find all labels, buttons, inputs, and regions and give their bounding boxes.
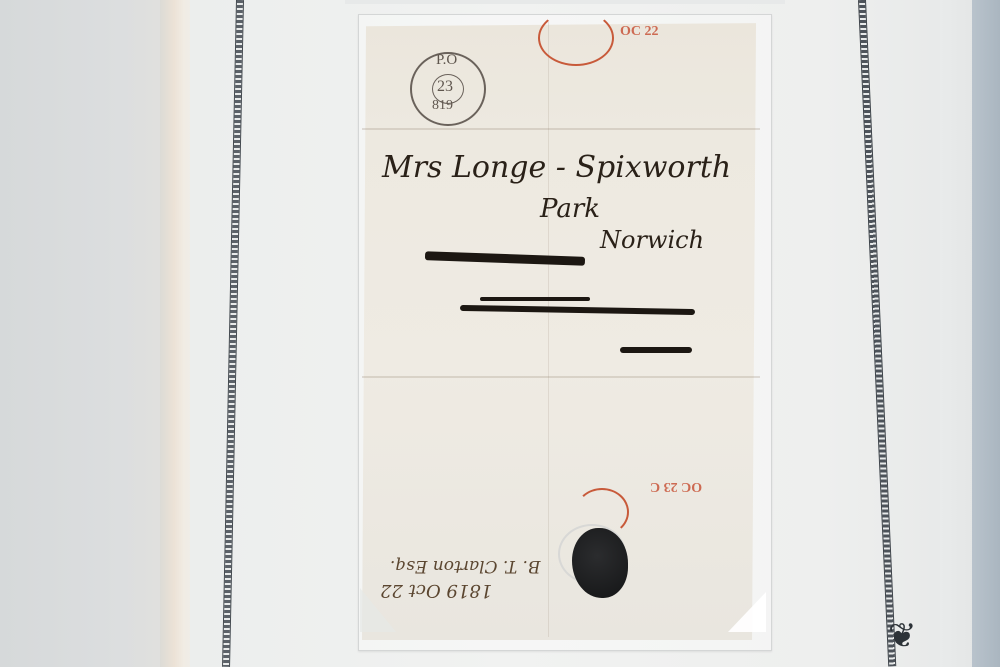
- left-album-page: [0, 0, 175, 667]
- corner-flourish-icon: ❦: [888, 620, 914, 667]
- background-surface: [972, 0, 1000, 667]
- docket-line-1: 1819 Oct 22: [380, 580, 492, 601]
- red-postmark-top: [538, 10, 614, 66]
- fold-line: [362, 128, 760, 130]
- black-wax-seal: [572, 528, 628, 598]
- mount-top-strip: [345, 0, 785, 4]
- ink-strikethrough: [480, 297, 590, 301]
- album-photo: ❦ P.O 23 819 OC 22 Mrs Longe - Spixworth…: [0, 0, 1000, 667]
- docket-line-2: B. T. Clarton Esq.: [390, 556, 541, 576]
- mount-corner-bottom-right: [728, 592, 766, 632]
- page-edge: [940, 0, 975, 667]
- address-line-2: Park: [540, 194, 600, 224]
- fold-line: [362, 376, 760, 378]
- address-line-3: Norwich: [600, 226, 704, 254]
- mount-corner-bottom-left: [360, 588, 396, 632]
- fold-line: [548, 22, 549, 637]
- address-line-1: Mrs Longe - Spixworth: [382, 150, 731, 185]
- red-postmark-bottom-text: OC 23 C: [650, 478, 702, 494]
- red-postmark-top-text: OC 22: [620, 24, 659, 40]
- postmark-day: 23: [437, 78, 453, 96]
- postmark-year: 819: [432, 98, 453, 114]
- ink-strikethrough: [620, 347, 692, 353]
- postmark-top-text: P.O: [436, 52, 457, 69]
